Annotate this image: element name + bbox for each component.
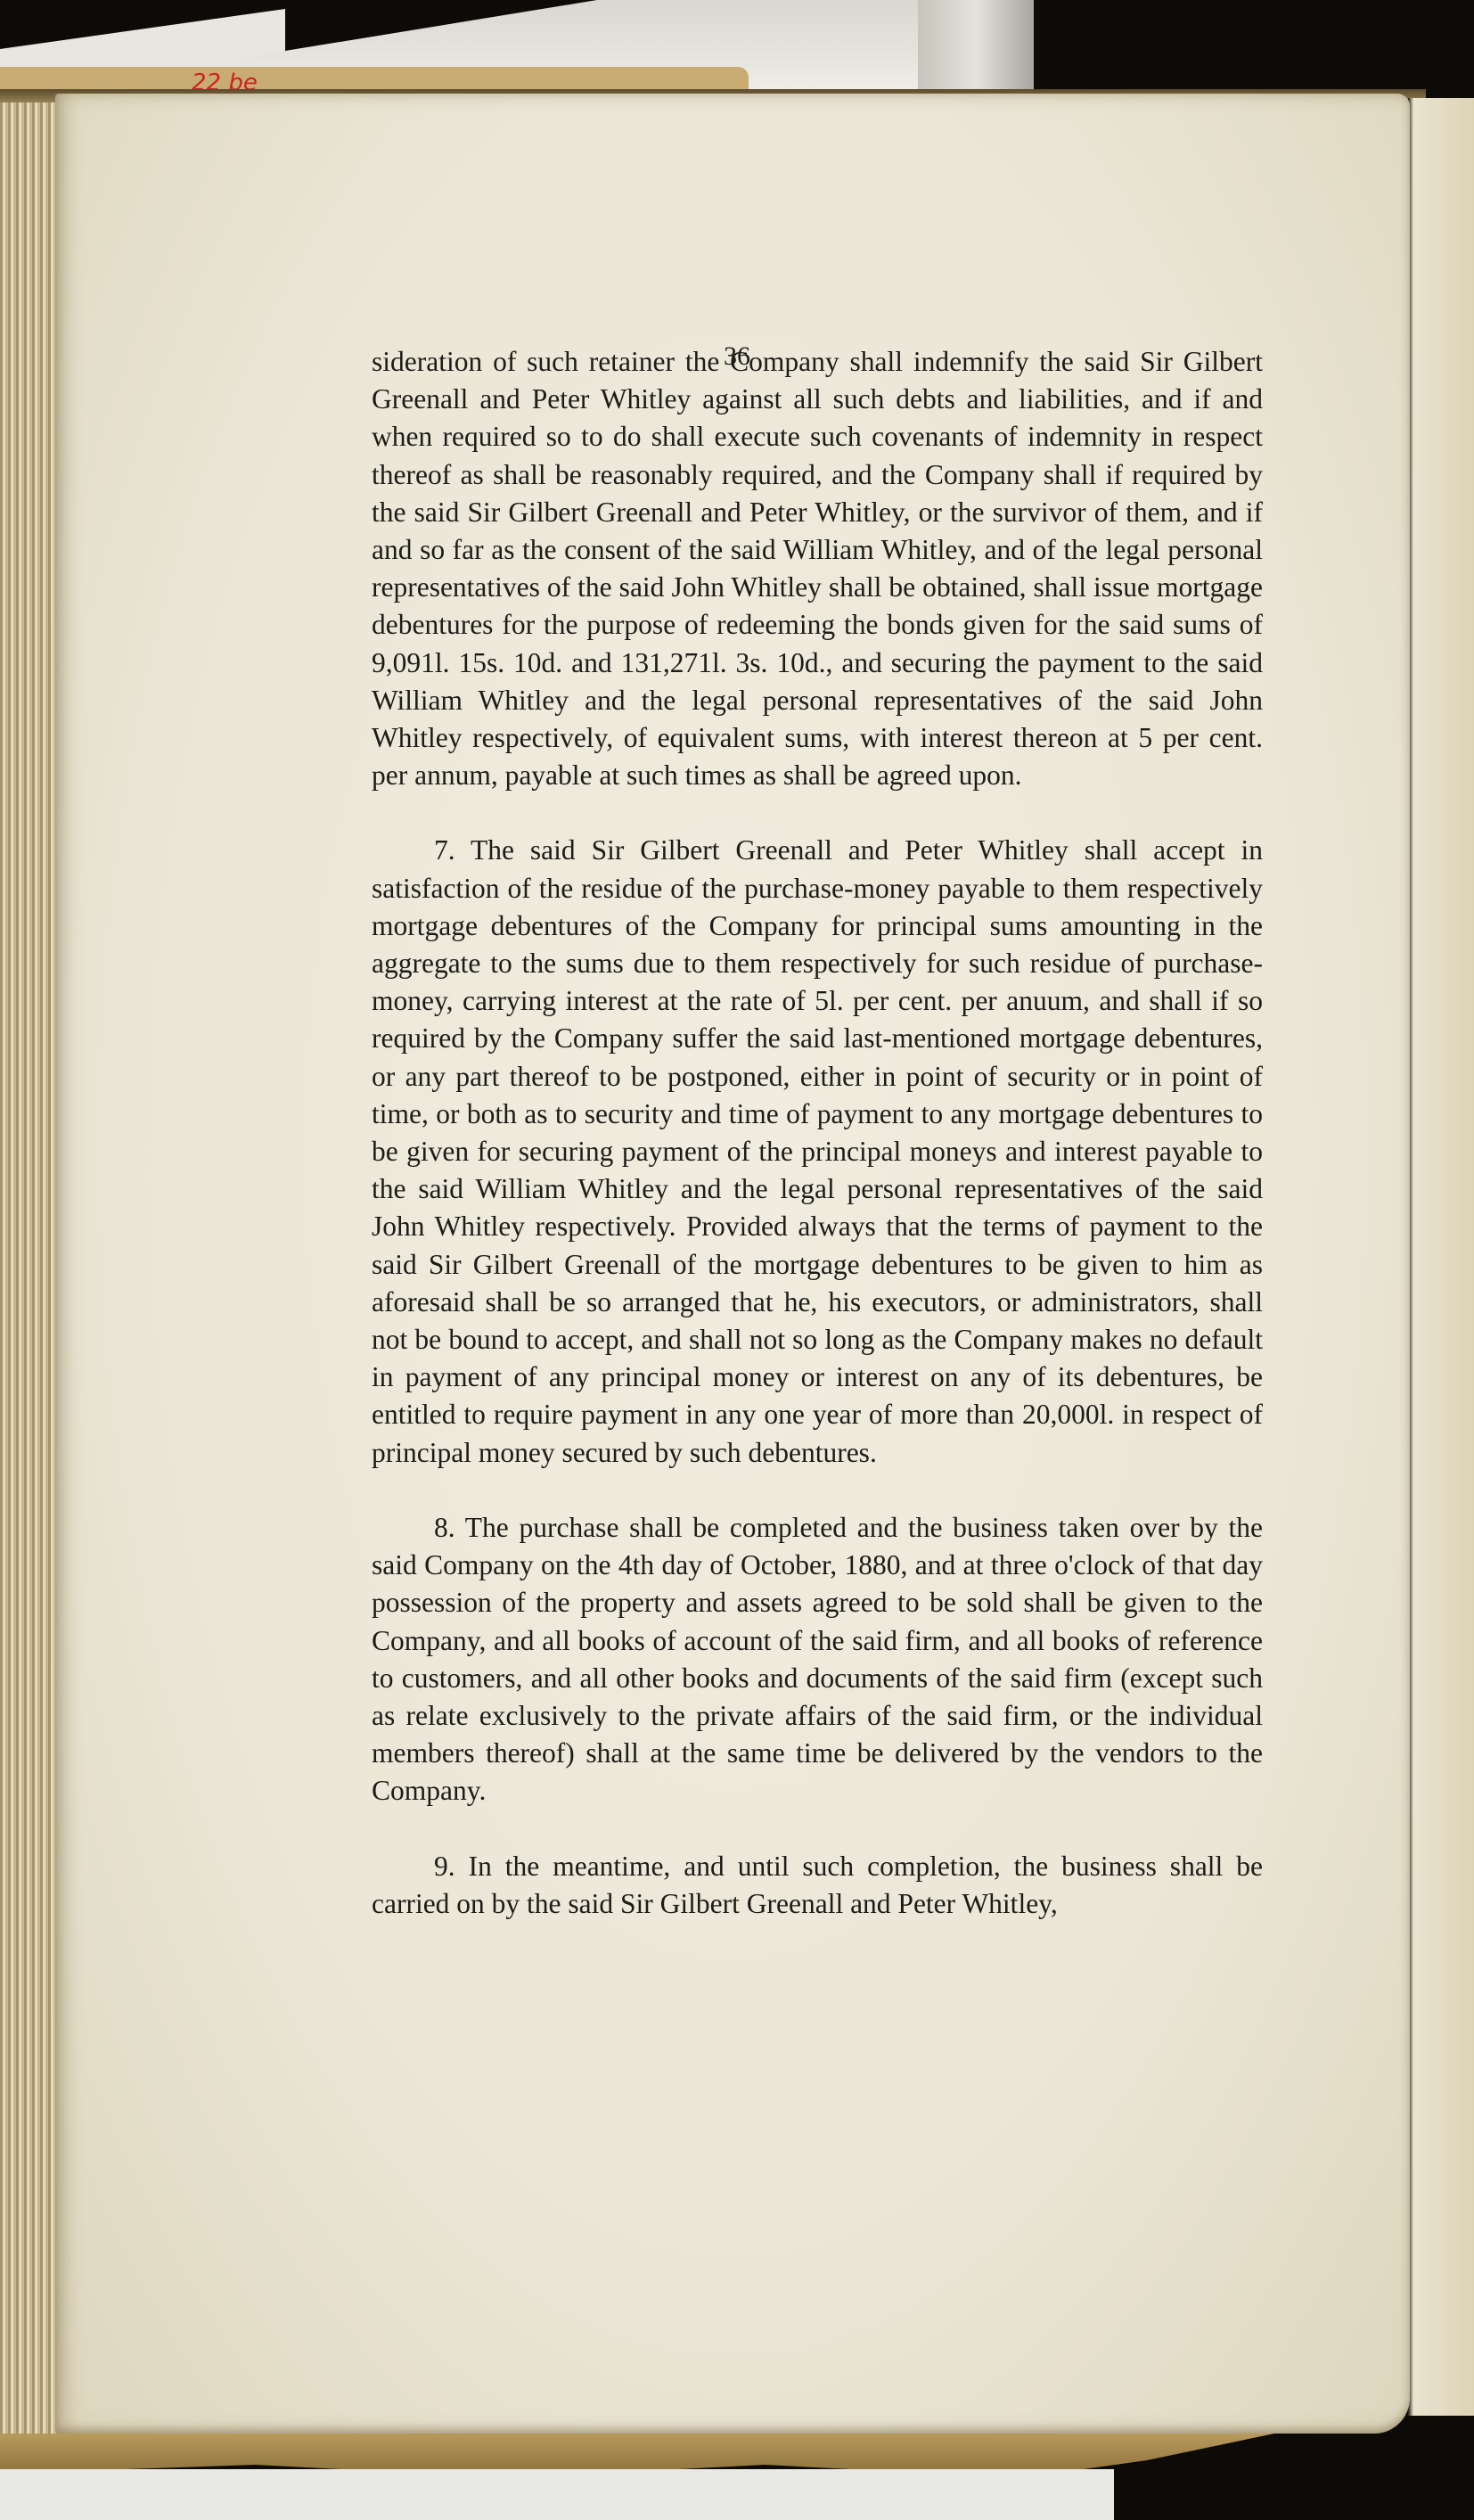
paragraph-clause-7: 7. The said Sir Gilbert Greenall and Pet…	[372, 832, 1263, 1471]
paragraph-clause-9: 9. In the meantime, and until such compl…	[372, 1848, 1263, 1923]
facing-page-edge	[1408, 98, 1474, 2416]
paragraph-continuation: sideration of such retainer the Company …	[372, 343, 1263, 794]
paragraph-clause-8: 8. The purchase shall be completed and t…	[372, 1509, 1263, 1810]
background-surface	[0, 2469, 1114, 2520]
page-body: sideration of such retainer the Company …	[372, 343, 1263, 1923]
background-paper-strip	[918, 0, 1034, 94]
